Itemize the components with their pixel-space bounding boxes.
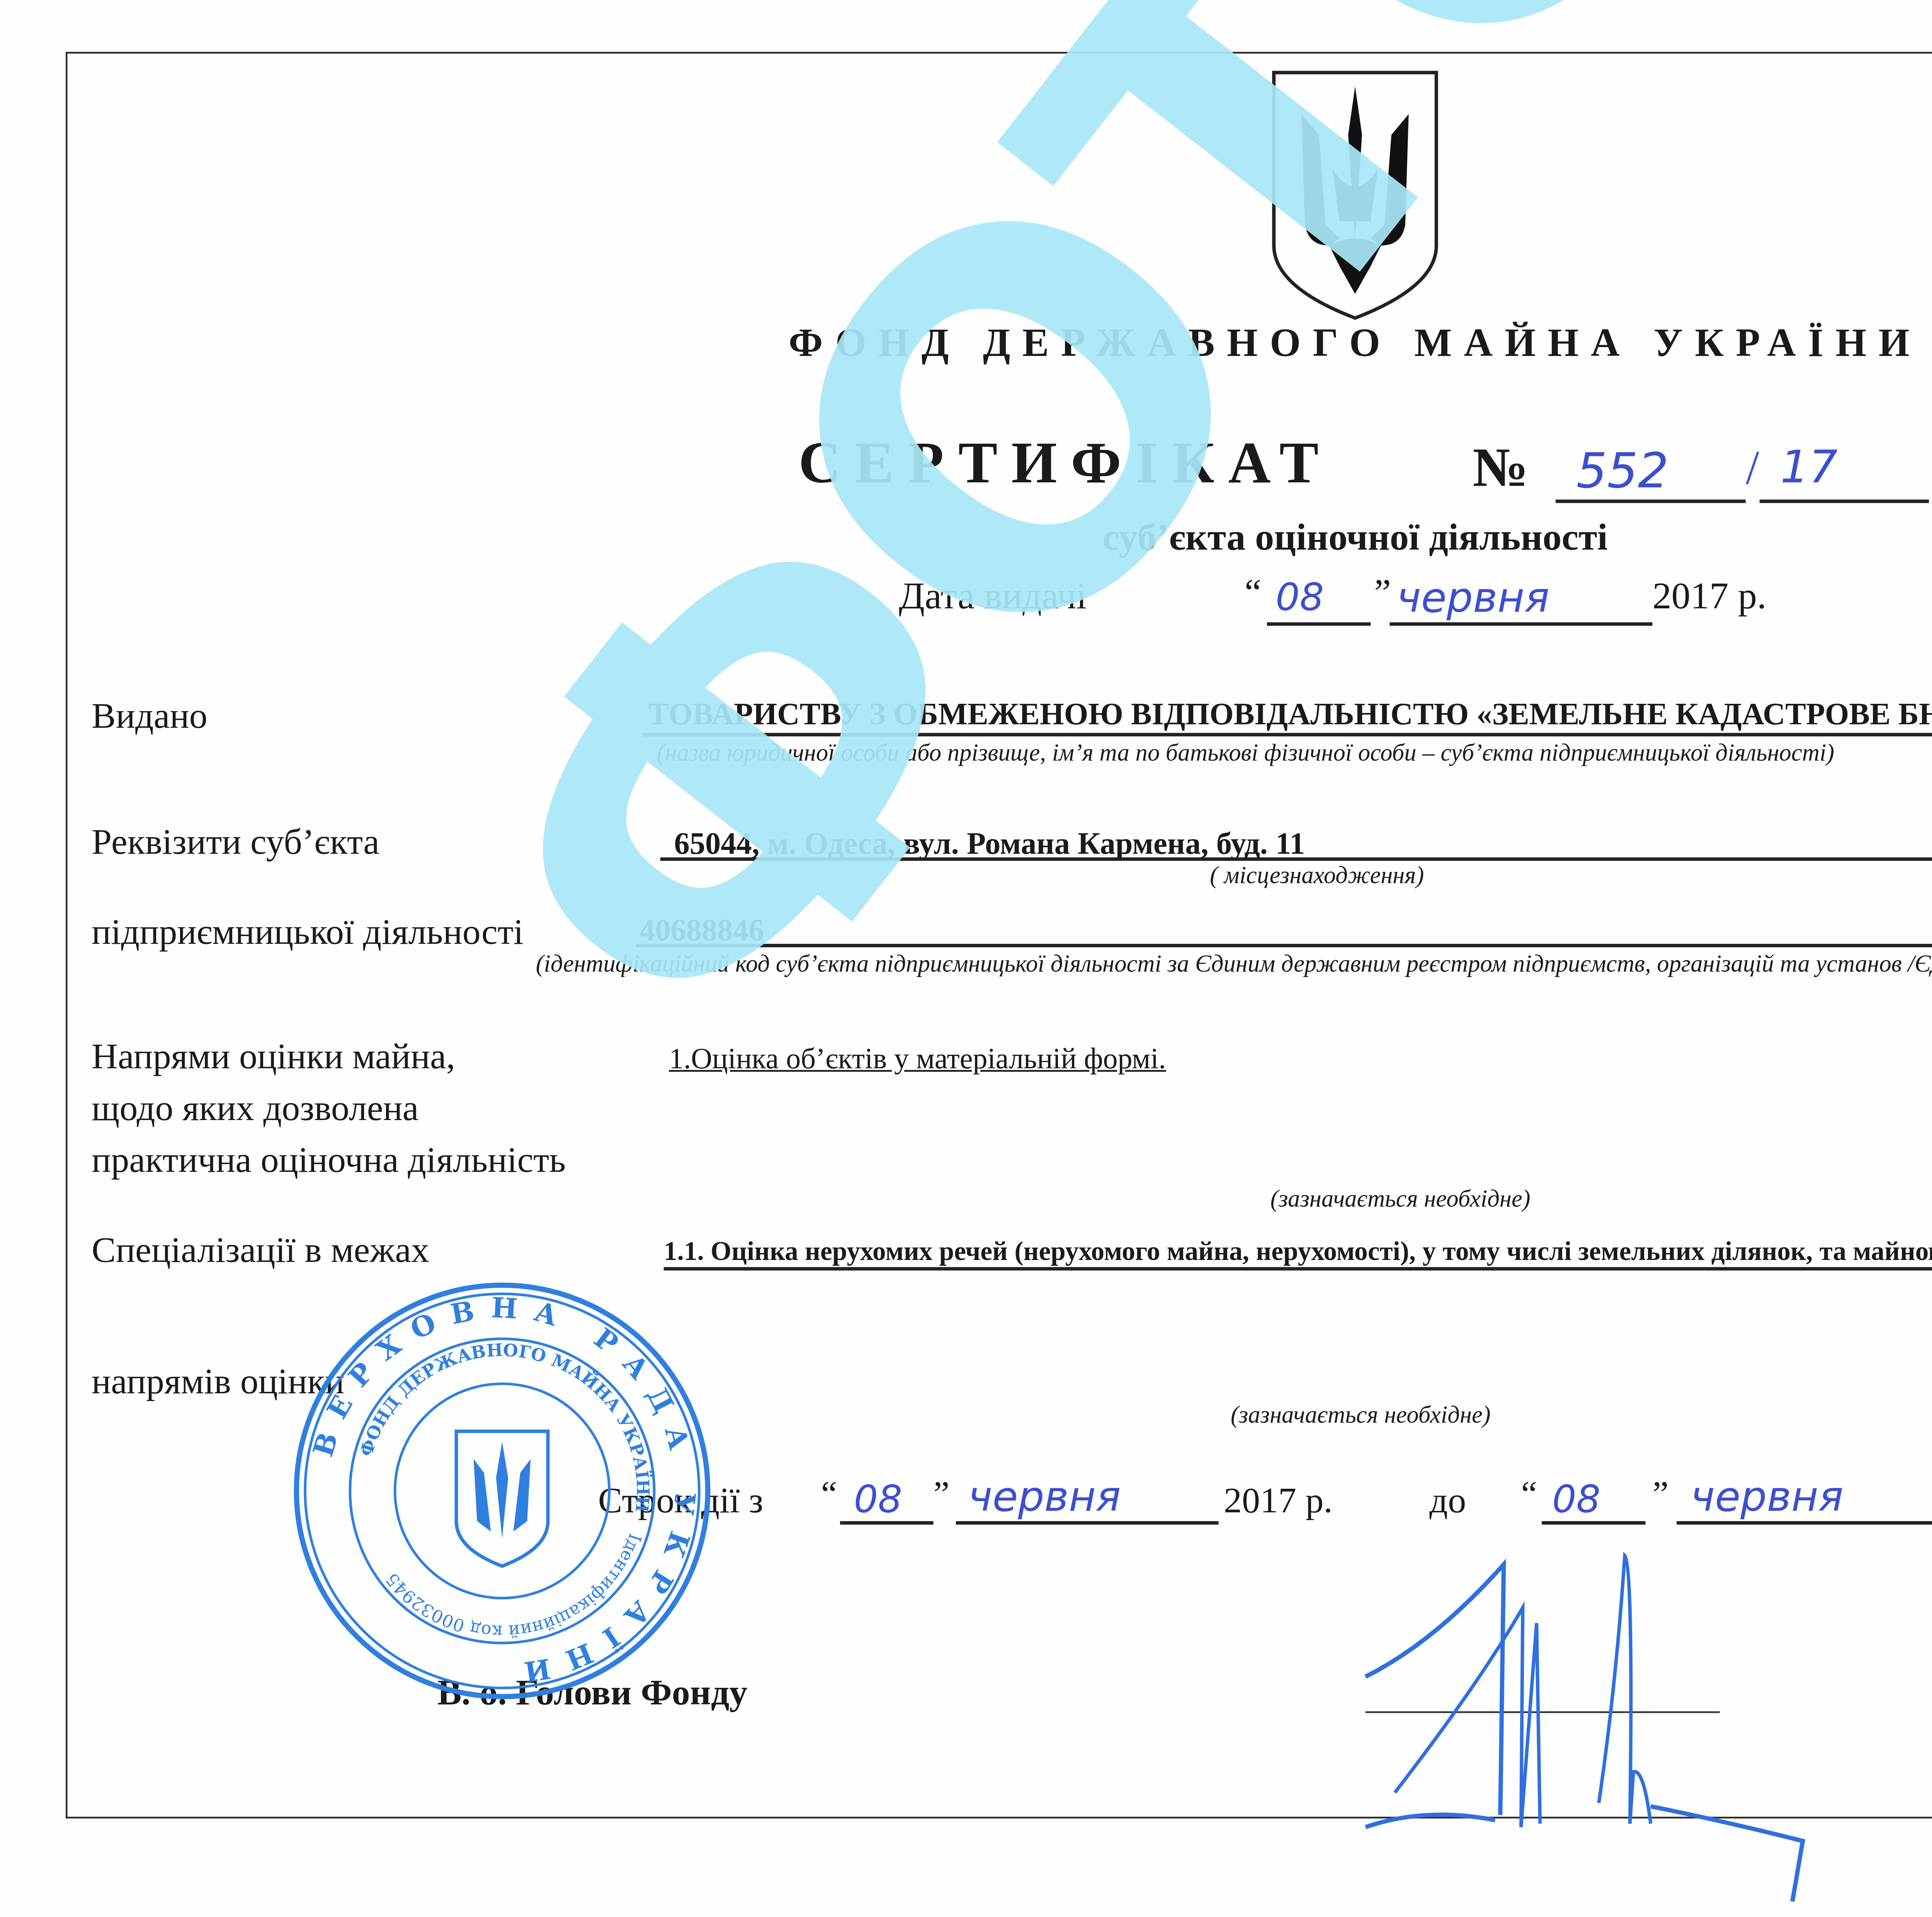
to-day-underline (1542, 1521, 1645, 1524)
issue-month: червня (1396, 574, 1549, 622)
edrpou-hint: (ідентифікаційний код суб’єкта підприємн… (536, 952, 1932, 980)
issuer-name: ФОНД ДЕРЖАВНОГО МАЙНА УКРАЇНИ (0, 322, 1932, 366)
requisites-label-line1: Реквізити суб’єкта (92, 821, 379, 864)
certificate-title: СЕРТИФІКАТ (799, 432, 1333, 498)
coat-of-arms-icon (1267, 66, 1443, 322)
directions-value: 1.Оцінка об’єктів у матеріальній формі. (669, 1042, 1166, 1077)
directions-label-line1: Напрями оцінки майна, (92, 1035, 455, 1079)
issue-date-label: Дата видачі (899, 574, 1087, 619)
quote-open: “ (821, 1473, 837, 1516)
requisites-label-line2: підприємницької діяльності (92, 911, 524, 954)
validity-to-day: 08 (1552, 1479, 1600, 1523)
validity-to-label: до (1429, 1479, 1466, 1523)
issued-to-underline (643, 733, 1932, 736)
specializations-label-line1: Спеціалізації в межах (92, 1229, 429, 1272)
quote-open: “ (1521, 1473, 1537, 1516)
address-hint: ( місцезнаходження) (1210, 864, 1424, 892)
issue-day-underline (1267, 622, 1371, 625)
issued-to-value: ТОВАРИСТВУ З ОБМЕЖЕНОЮ ВІДПОВІДАЛЬНІСТЮ … (648, 696, 1932, 733)
number-sign: № (1473, 436, 1528, 499)
issue-year: 2017 р. (1652, 574, 1766, 619)
address-underline (660, 857, 1932, 861)
directions-hint: (зазначається необхідне) (1270, 1188, 1531, 1216)
specializations-value: 1.1. Оцінка нерухомих речей (нерухомого … (664, 1238, 1932, 1269)
quote-close: ” (934, 1473, 950, 1516)
directions-label-line2: щодо яких дозволена (92, 1087, 418, 1130)
specializations-hint: (зазначається необхідне) (1231, 1404, 1491, 1432)
to-month-underline (1677, 1521, 1932, 1524)
specializations-underline (664, 1267, 1932, 1270)
issue-month-underline (1389, 622, 1652, 625)
certificate-number: 552 (1577, 443, 1669, 500)
certificate-subtitle: суб’єкта оціночної діяльності (0, 515, 1932, 560)
validity-from-day: 08 (854, 1479, 902, 1523)
from-day-underline (840, 1521, 934, 1524)
issued-to-label: Видано (92, 695, 207, 738)
issue-day: 08 (1276, 577, 1324, 621)
edrpou-underline (636, 944, 1932, 947)
validity-to-month: червня (1690, 1473, 1844, 1521)
number-underline (1556, 500, 1746, 503)
issued-to-hint: (назва юридичної особи або прізвище, ім’… (657, 742, 1834, 770)
validity-from-month: червня (968, 1473, 1121, 1521)
number-suffix-underline (1760, 500, 1929, 503)
certificate-page: ФОНД ДЕРЖАВНОГО МАЙНА УКРАЇНИ СЕРТИФІКАТ… (0, 0, 1932, 1917)
number-separator: / (1746, 443, 1759, 498)
from-month-underline (956, 1521, 1219, 1524)
handwritten-signature-icon (1357, 1547, 1823, 1910)
quote-close: ” (1374, 570, 1391, 615)
quote-close: ” (1652, 1473, 1668, 1516)
validity-from-year: 2017 р. (1224, 1479, 1333, 1523)
official-stamp-icon: ВЕРХОВНА РАДА УКРАЇНИ ФОНД ДЕРЖАВНОГО МА… (290, 1279, 714, 1703)
certificate-number-suffix: 17 (1780, 443, 1837, 494)
directions-label-line3: практична оціночна діяльність (92, 1139, 566, 1182)
quote-open: “ (1245, 570, 1262, 615)
